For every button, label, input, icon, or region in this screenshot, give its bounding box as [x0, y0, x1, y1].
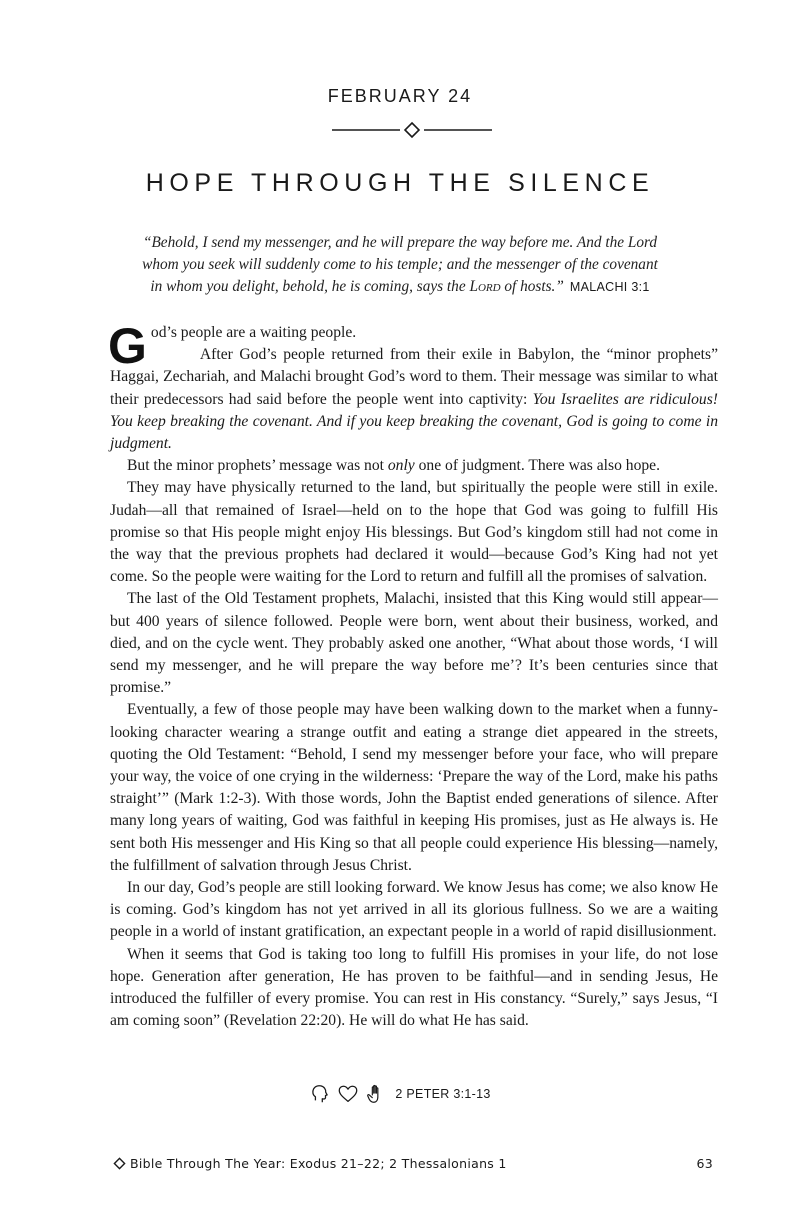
page-footer: Bible Through The Year: Exodus 21–22; 2 … — [113, 1156, 713, 1171]
paragraph: God’s people are a waiting people. — [110, 322, 718, 344]
reflection-reference: 2 PETER 3:1-13 — [395, 1087, 490, 1101]
epigraph-text: of hosts.” — [501, 278, 564, 295]
paragraph-text: od’s people are a waiting people. — [151, 324, 356, 341]
lord-smallcaps: Lord — [469, 278, 500, 295]
paragraph-italic: only — [388, 457, 415, 474]
epigraph-line: “Behold, I send my messenger, and he wil… — [110, 232, 690, 254]
paragraph: After God’s people returned from their e… — [110, 344, 718, 455]
drop-cap: G — [108, 326, 147, 366]
diamond-divider-icon — [330, 121, 494, 139]
head-icon — [309, 1083, 331, 1105]
reading-plan-text: Bible Through The Year: Exodus 21–22; 2 … — [130, 1156, 507, 1171]
paragraph: They may have physically returned to the… — [110, 477, 718, 588]
epigraph-text: in whom you delight, behold, he is comin… — [150, 278, 469, 295]
epigraph-line: whom you seek will suddenly come to his … — [110, 254, 690, 276]
diamond-icon — [113, 1157, 126, 1170]
devotional-body: God’s people are a waiting people. After… — [110, 322, 718, 1033]
reading-plan: Bible Through The Year: Exodus 21–22; 2 … — [113, 1156, 507, 1171]
reflection-row: 2 PETER 3:1-13 — [0, 1083, 800, 1105]
paragraph: Eventually, a few of those people may ha… — [110, 699, 718, 877]
epigraph-reference: MALACHI 3:1 — [570, 280, 650, 294]
paragraph-text: one of judgment. There was also hope. — [415, 457, 660, 474]
paragraph: But the minor prophets’ message was not … — [110, 455, 718, 477]
paragraph: In our day, God’s people are still looki… — [110, 877, 718, 944]
paragraph: When it seems that God is taking too lon… — [110, 944, 718, 1033]
epigraph-quote: “Behold, I send my messenger, and he wil… — [110, 232, 690, 298]
paragraph-text: But the minor prophets’ message was not — [127, 457, 388, 474]
devotional-page: FEBRUARY 24 HOPE THROUGH THE SILENCE “Be… — [0, 0, 800, 1224]
paragraph: The last of the Old Testament prophets, … — [110, 588, 718, 699]
page-date: FEBRUARY 24 — [0, 86, 800, 107]
page-title: HOPE THROUGH THE SILENCE — [0, 169, 800, 198]
heart-icon — [337, 1083, 359, 1105]
page-number: 63 — [696, 1156, 713, 1171]
epigraph-line: in whom you delight, behold, he is comin… — [110, 276, 690, 298]
hand-icon — [365, 1083, 387, 1105]
